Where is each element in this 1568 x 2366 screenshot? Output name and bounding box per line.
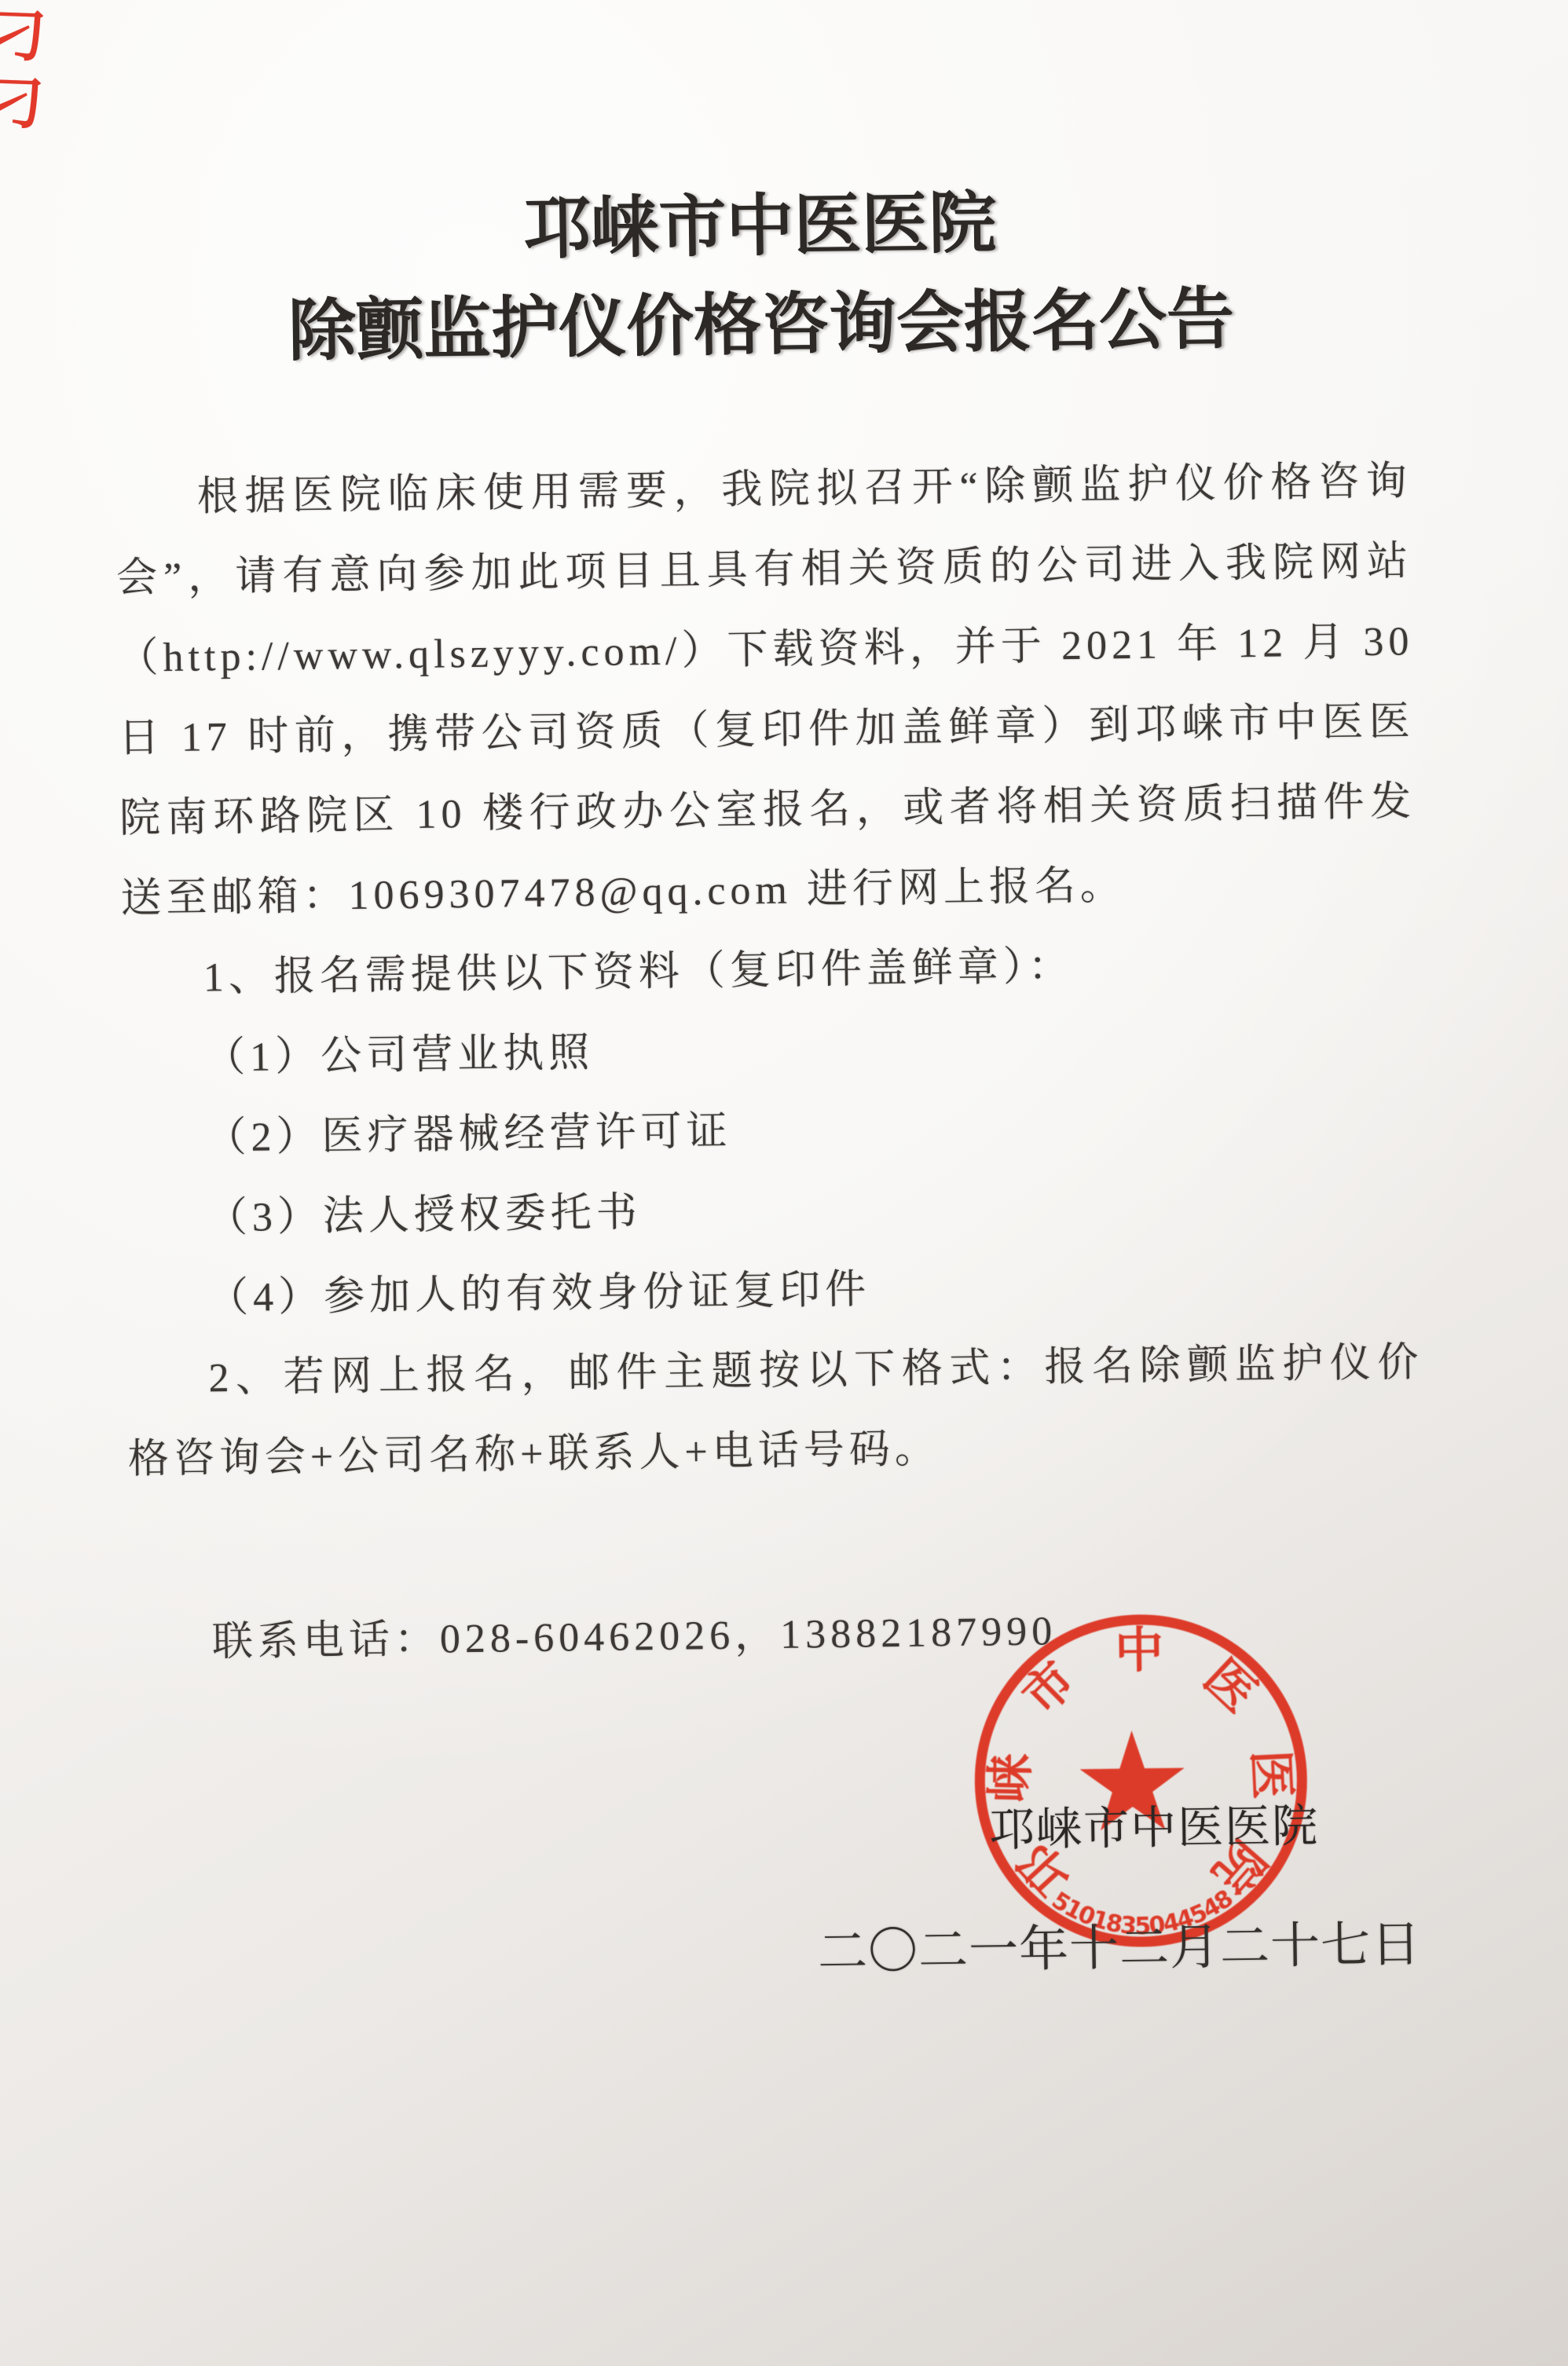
body-line: 格咨询会+公司名称+联系人+电话号码。 (127, 1403, 1424, 1500)
corner-stamp-fragment: 刁 刁 (0, 2, 48, 139)
body-line: 院南环路院区 10 楼行政办公室报名，或者将相关资质扫描件发 (119, 762, 1416, 859)
signature-hospital-name: 邛崃市中医医院 (989, 1804, 1320, 1853)
document-title-line-2: 除颤监护仪价格咨询会报名公告 (112, 267, 1410, 383)
document-content: 邛崃市中医医院 除颤监护仪价格咨询会报名公告 根据医院临床使用需要，我院拟召开“… (112, 168, 1434, 2196)
signature-date: 二〇二一年十二月二十七日 (818, 1920, 1422, 1977)
seal-arc-char: 崃 (984, 1753, 1039, 1803)
corner-stamp-glyph-1: 刁 (0, 2, 48, 72)
seal-arc-char: 中 (1115, 1624, 1164, 1679)
document-title-line-1: 邛崃市中医医院 (112, 168, 1409, 284)
document-body: 根据医院临床使用需要，我院拟召开“除颤监护仪价格咨询 会”，请有意向参加此项目且… (115, 441, 1427, 1683)
corner-stamp-glyph-2: 刁 (0, 70, 46, 140)
body-line: 2、若网上报名，邮件主题按以下格式：报名除颤监护仪价 (126, 1323, 1423, 1420)
seal-arc-char: 医 (1243, 1749, 1299, 1800)
scanned-document-page: 刁 刁 邛崃市中医医院 除颤监护仪价格咨询会报名公告 根据医院临床使用需要，我院… (0, 0, 1568, 2366)
